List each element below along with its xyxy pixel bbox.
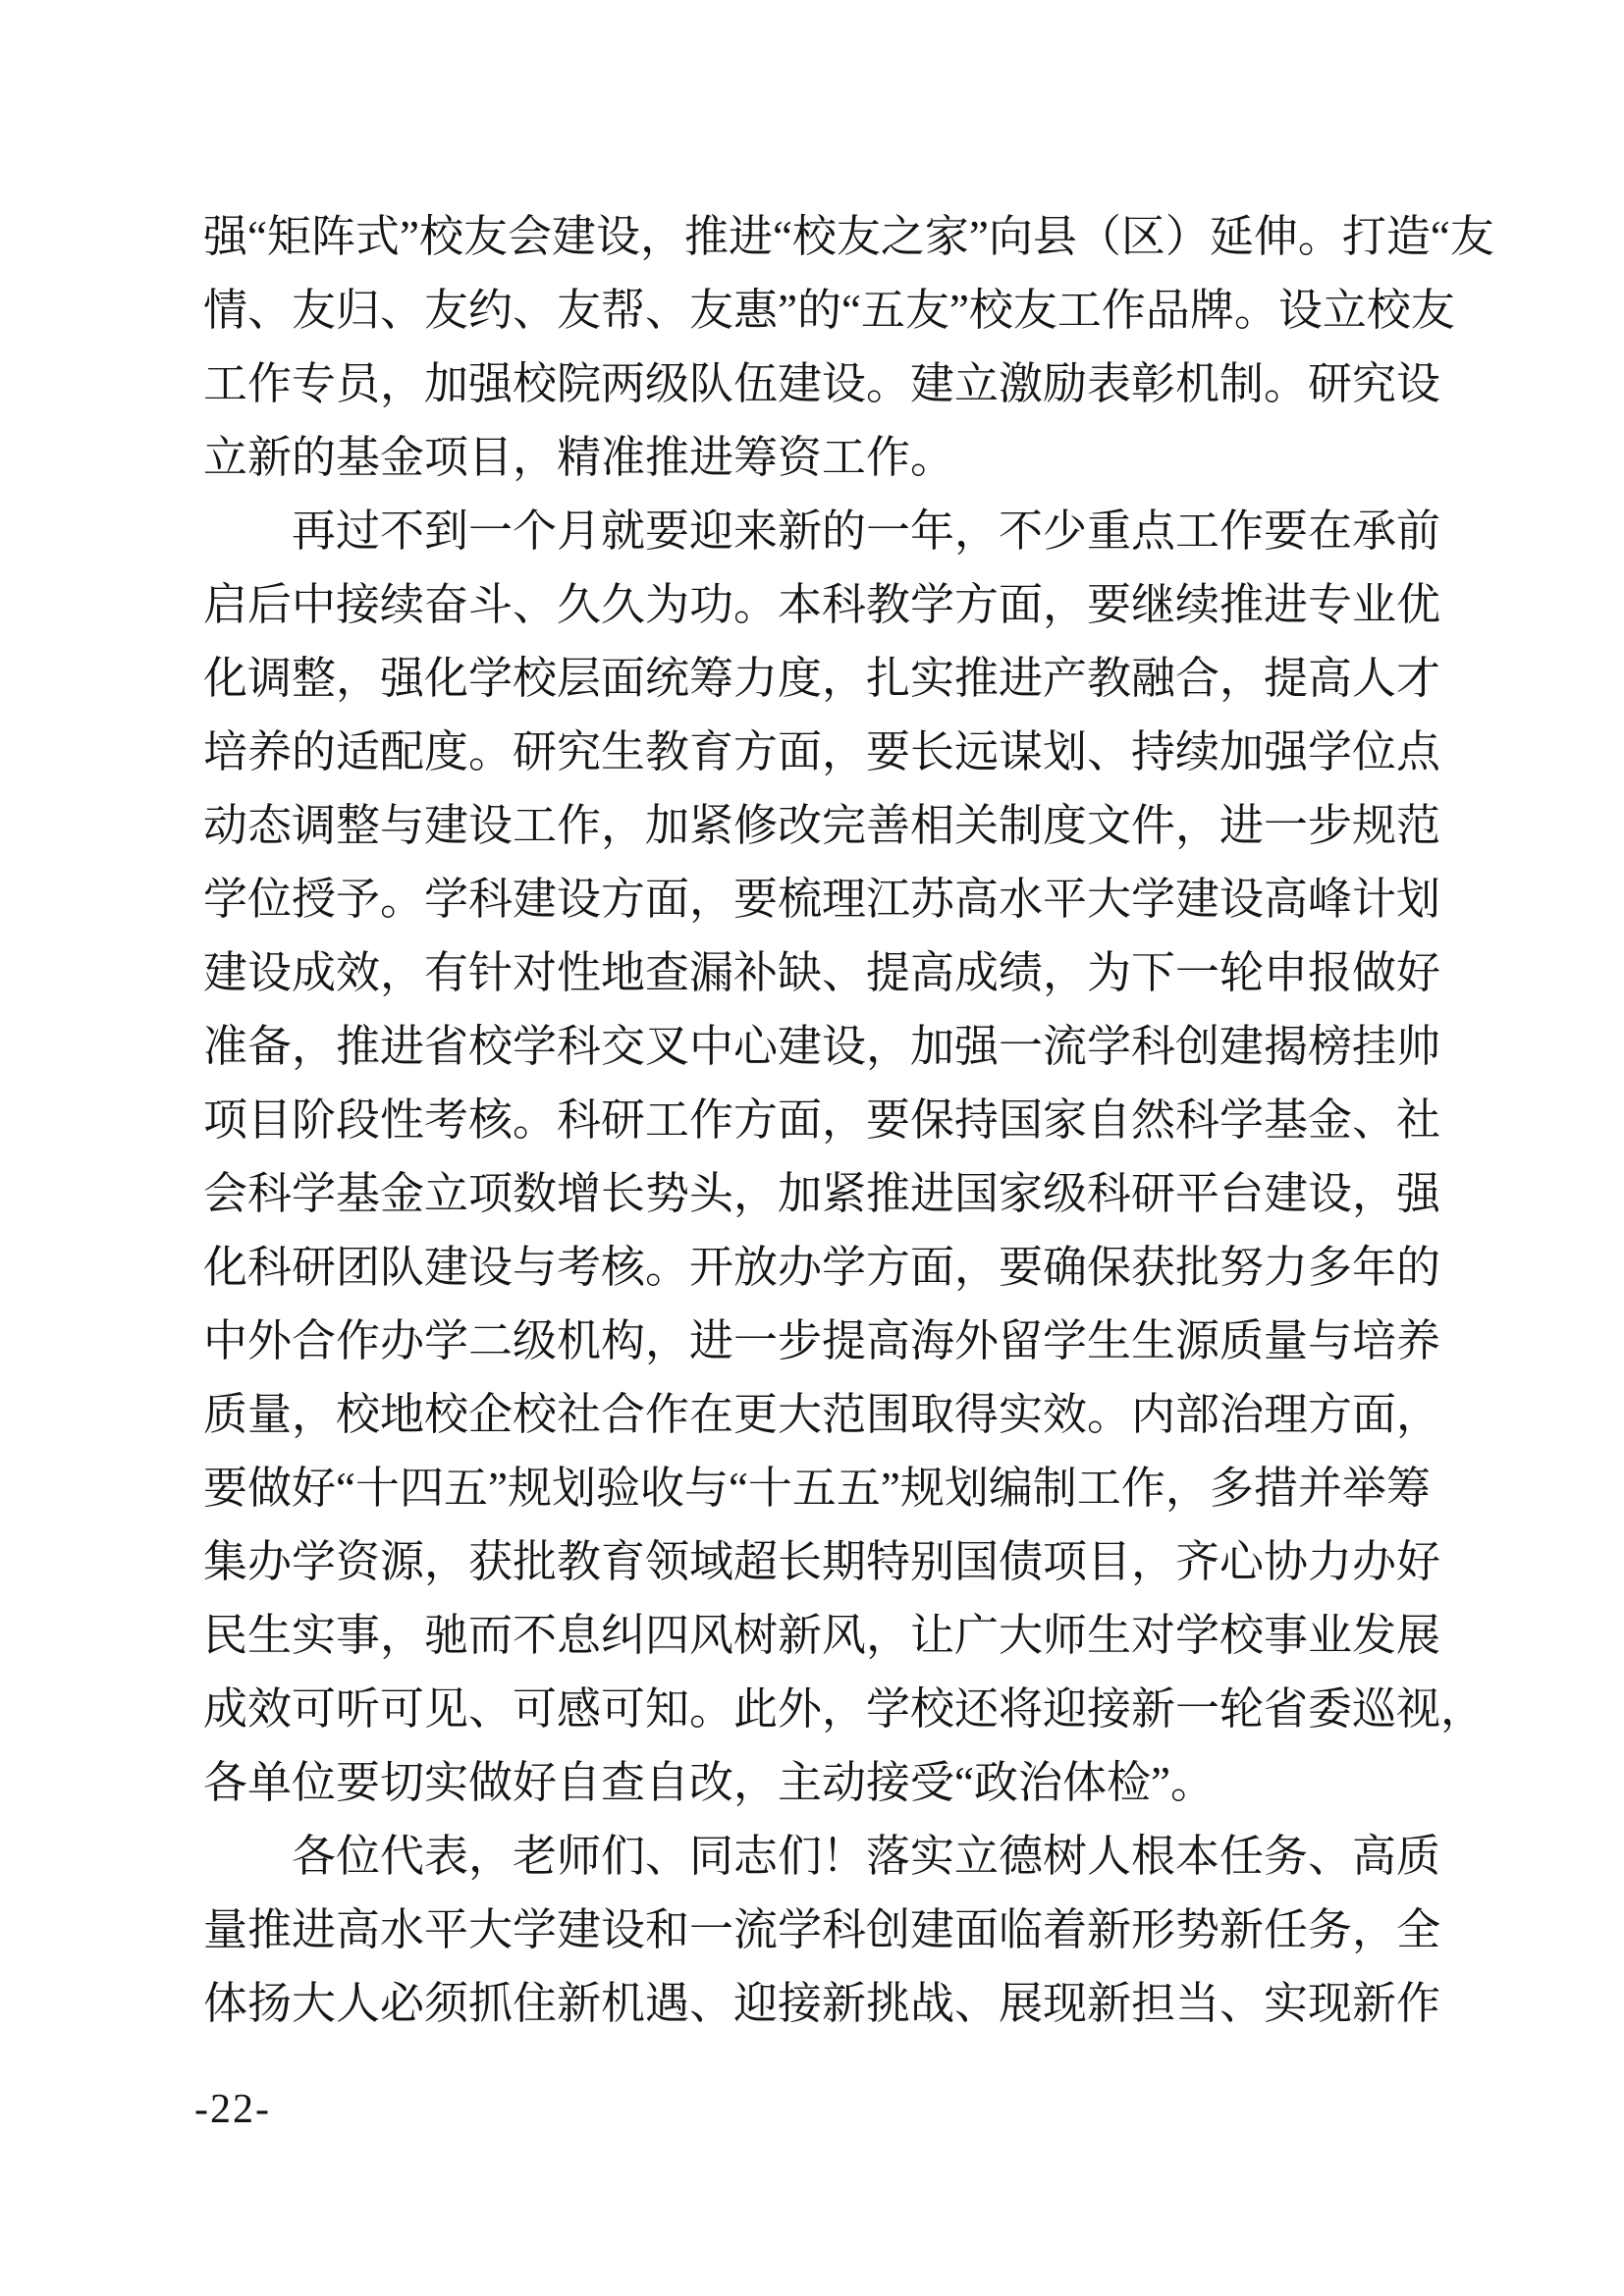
text-line: 集办学资源，获批教育领域超长期特别国债项目，齐心协力办好 (203, 1525, 1423, 1599)
text-line: 量推进高水平大学建设和一流学科创建面临着新形势新任务，全 (203, 1894, 1423, 1967)
text-line: 再过不到一个月就要迎来新的一年，不少重点工作要在承前 (203, 495, 1423, 568)
text-line: 培养的适配度。研究生教育方面，要长远谋划、持续加强学位点 (203, 716, 1423, 789)
text-line: 成效可听可见、可感可知。此外，学校还将迎接新一轮省委巡视， (203, 1673, 1423, 1746)
text-line: 会科学基金立项数增长势头，加紧推进国家级科研平台建设，强 (203, 1157, 1423, 1231)
text-line: 体扬大人必须抓住新机遇、迎接新挑战、展现新担当、实现新作 (203, 1967, 1423, 2041)
text-line: 化调整，强化学校层面统筹力度，扎实推进产教融合，提高人才 (203, 642, 1423, 716)
text-line: 立新的基金项目，精准推进筹资工作。 (203, 421, 1423, 495)
text-line: 民生实事，驰而不息纠四风树新风，让广大师生对学校事业发展 (203, 1599, 1423, 1673)
text-line: 化科研团队建设与考核。开放办学方面，要确保获批努力多年的 (203, 1231, 1423, 1305)
text-line: 中外合作办学二级机构，进一步提高海外留学生生源质量与培养 (203, 1305, 1423, 1378)
text-line: 项目阶段性考核。科研工作方面，要保持国家自然科学基金、社 (203, 1084, 1423, 1157)
text-line: 情、友归、友约、友帮、友惠”的“五友”校友工作品牌。设立校友 (203, 274, 1423, 347)
text-line: 学位授予。学科建设方面，要梳理江苏高水平大学建设高峰计划 (203, 863, 1423, 936)
text-line: 质量，校地校企校社合作在更大范围取得实效。内部治理方面， (203, 1378, 1423, 1452)
text-line: 启后中接续奋斗、久久为功。本科教学方面，要继续推进专业优 (203, 568, 1423, 642)
text-line: 准备，推进省校学科交叉中心建设，加强一流学科创建揭榜挂帅 (203, 1010, 1423, 1084)
text-line: 建设成效，有针对性地查漏补缺、提高成绩，为下一轮申报做好 (203, 936, 1423, 1010)
text-line: 各位代表，老师们、同志们！落实立德树人根本任务、高质 (203, 1820, 1423, 1894)
text-line: 要做好“十四五”规划验收与“十五五”规划编制工作，多措并举筹 (203, 1452, 1423, 1525)
text-line: 工作专员，加强校院两级队伍建设。建立激励表彰机制。研究设 (203, 347, 1423, 421)
text-line: 强“矩阵式”校友会建设，推进“校友之家”向县（区）延伸。打造“友 (203, 200, 1423, 274)
text-line: 各单位要切实做好自查自改，主动接受“政治体检”。 (203, 1746, 1423, 1820)
page-number: -22- (194, 2085, 271, 2134)
text-line: 动态调整与建设工作，加紧修改完善相关制度文件，进一步规范 (203, 789, 1423, 863)
document-page: 强“矩阵式”校友会建设，推进“校友之家”向县（区）延伸。打造“友情、友归、友约、… (0, 0, 1624, 2296)
body-text: 强“矩阵式”校友会建设，推进“校友之家”向县（区）延伸。打造“友情、友归、友约、… (203, 200, 1423, 2041)
